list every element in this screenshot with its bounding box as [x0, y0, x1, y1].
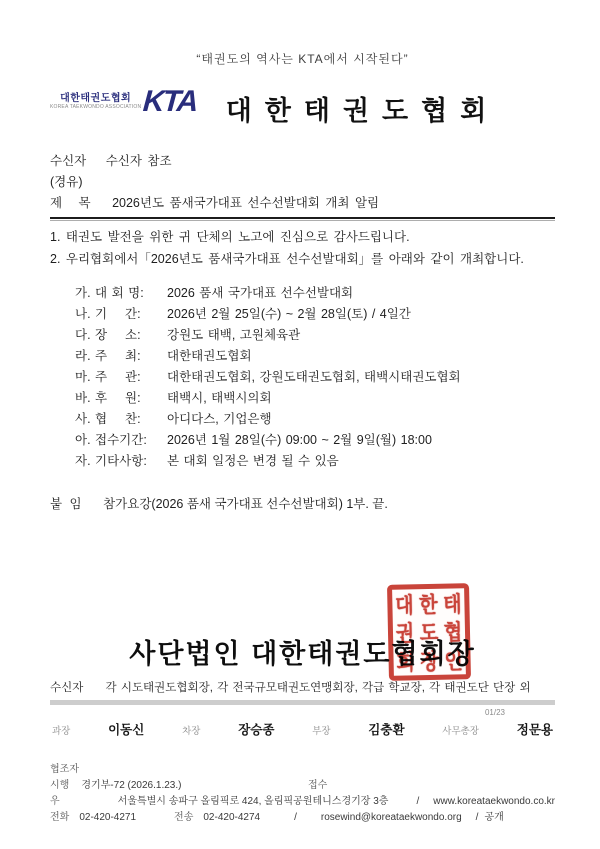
subject-underline [50, 219, 555, 221]
organization-title: 대한태권도협회 [170, 89, 555, 128]
seal-char: 장 [420, 645, 439, 676]
distribution-value: 각 시도태권도협회장, 각 전국규모태권도연맹회장, 각급 학교장, 각 태권도… [106, 682, 531, 694]
detail-value: 본 대회 일정은 변경 될 수 있음 [167, 454, 339, 468]
disclosure-group: / 공개 [476, 810, 504, 826]
seal-char: 회 [396, 645, 415, 676]
detail-label: 라. 주 최: [75, 346, 167, 367]
slash-separator: / [476, 810, 479, 826]
signer-title: 사단법인 대한태권도협회장 [50, 632, 555, 671]
cooperator-row: 협조자 [50, 762, 555, 778]
zip-label: 우 [50, 794, 60, 810]
seal-char: 도 [419, 616, 438, 647]
recipient-label: 수신자 [50, 154, 86, 168]
detail-value: 태백시, 태백시의회 [167, 391, 272, 405]
detail-value: 2026년 1월 28일(수) 09:00 ~ 2월 9일(월) 18:00 [167, 433, 432, 447]
contact-row: 전화 02-420-4271 전송 02-420-4274 / rosewind… [50, 810, 555, 826]
slash-separator: / [294, 810, 297, 826]
detail-label: 마. 주 관: [75, 367, 167, 388]
detail-row-support: 바. 후 원:태백시, 태백시의회 [75, 388, 555, 409]
email-address: rosewind@koreataekwondo.org [321, 810, 462, 826]
fax-number: 02-420-4274 [203, 810, 260, 826]
attachment-value: 참가요강(2026 품새 국가대표 선수선발대회) 1부. 끝. [103, 497, 388, 511]
header-quote: “태권도의 역사는 KTA에서 시작된다” [50, 50, 555, 67]
website-url: www.koreataekwondo.co.kr [433, 794, 555, 810]
detail-value: 대한태권도협회, 강원도태권도협회, 태백시태권도협회 [167, 370, 461, 384]
detail-value: 2026년 2월 25일(수) ~ 2월 28일(토) / 4일간 [167, 307, 411, 321]
detail-label: 다. 장 소: [75, 325, 167, 346]
staff-name: 이동신 [108, 720, 144, 738]
address-value: 서울특별시 송파구 올림픽로 424, 올림픽공원테니스경기장 3층 [118, 794, 389, 810]
seal-char: 대 [395, 588, 414, 619]
website-group: / www.koreataekwondo.co.kr [416, 794, 555, 810]
address-row: 우 서울특별시 송파구 올림픽로 424, 올림픽공원테니스경기장 3층 / w… [50, 794, 555, 810]
subject-label: 제 목 [50, 196, 91, 210]
detail-label: 자. 기타사항: [75, 451, 167, 472]
detail-row-organizer: 마. 주 관:대한태권도협회, 강원도태권도협회, 태백시태권도협회 [75, 367, 555, 388]
recipient-value: 수신자 참조 [106, 154, 172, 168]
detail-row-name: 가. 대 회 명:2026 품새 국가대표 선수선발대회 [75, 283, 555, 304]
subject-row: 제 목 2026년도 품새국가대표 선수선발대회 개최 알림 [50, 193, 555, 219]
disclosure-status: 공개 [484, 810, 503, 826]
detail-row-sponsor: 사. 협 찬:아디다스, 기업은행 [75, 409, 555, 430]
document-page: “태권도의 역사는 KTA에서 시작된다” 대한태권도협회 KOREA TAEK… [0, 0, 600, 849]
staff-name: 장승종 [238, 720, 274, 738]
seal-char: 한 [419, 588, 438, 619]
signature-and-footer: 사단법인 대한태권도협회장 대 한 태 권 도 협 회 장 인 수신자 각 시도… [50, 632, 555, 826]
approval-line: 과장 이동신 차장 장승종 부장 김충환 사무총장 정문용 [50, 720, 555, 738]
detail-value: 대한태권도협회 [167, 349, 252, 363]
seal-char: 인 [444, 644, 463, 675]
detail-value: 2026 품새 국가대표 선수선발대회 [167, 286, 353, 300]
staff-role: 차장 [182, 723, 200, 737]
detail-row-period: 나. 기 간:2026년 2월 25일(수) ~ 2월 28일(토) / 4일간 [75, 304, 555, 325]
detail-label: 나. 기 간: [75, 304, 167, 325]
issue-label: 시행 [50, 778, 69, 794]
recipient-row: 수신자 수신자 참조 [50, 151, 555, 171]
detail-value: 강원도 태백, 고원체육관 [167, 328, 300, 342]
seal-char: 권 [395, 617, 414, 648]
cooperator-label: 협조자 [50, 762, 79, 778]
detail-row-etc: 자. 기타사항:본 대회 일정은 변경 될 수 있음 [75, 451, 555, 472]
seal-char: 태 [443, 587, 462, 618]
fax-label: 전송 [174, 810, 193, 826]
detail-label: 바. 후 원: [75, 388, 167, 409]
kta-logo-wordmark: 대한태권도협회 KOREA TAEKWONDO ASSOCIATION [50, 94, 141, 110]
receipt-label: 접수 [308, 778, 327, 794]
via-row: (경유) [50, 172, 555, 192]
masthead: 대한태권도협회 KOREA TAEKWONDO ASSOCIATION KTA … [50, 83, 555, 133]
phone-label: 전화 [50, 810, 69, 826]
distribution-label: 수신자 [50, 682, 83, 694]
official-seal-stamp-icon: 대 한 태 권 도 협 회 장 인 [387, 583, 471, 681]
logo-korean-name: 대한태권도협회 [60, 94, 131, 104]
staff-role: 부장 [312, 723, 330, 737]
detail-row-registration: 아. 접수기간:2026년 1월 28일(수) 09:00 ~ 2월 9일(월)… [75, 430, 555, 451]
body-paragraph-2: 2. 우리협회에서「2026년도 품새국가대표 선수선발대회」를 아래와 같이 … [50, 249, 555, 269]
attachment-row: 붙 임 참가요강(2026 품새 국가대표 선수선발대회) 1부. 끝. [50, 494, 555, 512]
document-footer: 협조자 시행 경기부-72 (2026.1.23.) 접수 우 서울특별시 송파… [50, 762, 555, 826]
page-marker: 01/23 [50, 708, 555, 718]
document-number: 경기부-72 (2026.1.23.) [81, 778, 181, 794]
detail-label: 가. 대 회 명: [75, 283, 167, 304]
issue-row: 시행 경기부-72 (2026.1.23.) 접수 [50, 778, 555, 794]
body-paragraph-1: 1. 태권도 발전을 위한 귀 단체의 노고에 진심으로 감사드립니다. [50, 227, 555, 247]
divider-bar [50, 700, 555, 705]
attachment-label: 붙 임 [50, 497, 84, 511]
staff-role: 과장 [52, 723, 70, 737]
seal-char: 협 [443, 616, 462, 647]
staff-name: 정문용 [517, 720, 553, 738]
subject-value: 2026년도 품새국가대표 선수선발대회 개최 알림 [112, 196, 379, 210]
slash-separator: / [416, 794, 419, 810]
event-details-list: 가. 대 회 명:2026 품새 국가대표 선수선발대회 나. 기 간:2026… [50, 283, 555, 472]
detail-row-host: 라. 주 최:대한태권도협회 [75, 346, 555, 367]
staff-role: 사무총장 [442, 723, 479, 737]
phone-number: 02-420-4271 [79, 810, 136, 826]
staff-name: 김충환 [368, 720, 404, 738]
detail-row-place: 다. 장 소:강원도 태백, 고원체육관 [75, 325, 555, 346]
detail-value: 아디다스, 기업은행 [167, 412, 272, 426]
distribution-list-row: 수신자 각 시도태권도협회장, 각 전국규모태권도연맹회장, 각급 학교장, 각… [50, 679, 555, 695]
detail-label: 사. 협 찬: [75, 409, 167, 430]
logo-english-name: KOREA TAEKWONDO ASSOCIATION [50, 105, 141, 110]
detail-label: 아. 접수기간: [75, 430, 167, 451]
